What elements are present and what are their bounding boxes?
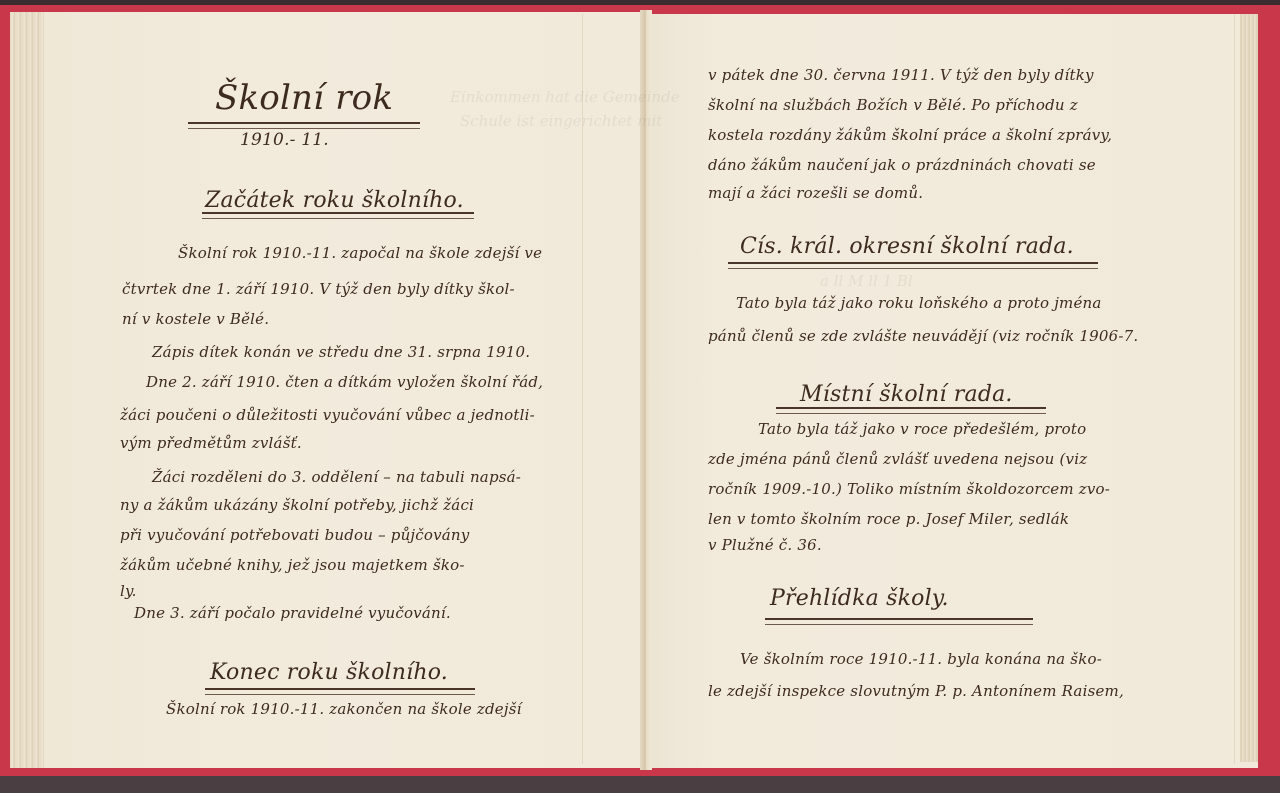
text-line: Ve školním roce 1910.-11. byla konána na…	[740, 650, 1102, 668]
bleed-through-text: Einkommen hat die Gemeinde	[450, 88, 680, 106]
heading-underline	[205, 688, 475, 695]
heading-underline	[776, 407, 1046, 414]
text-line: Žáci rozděleni do 3. oddělení – na tabul…	[152, 468, 521, 486]
text-line: školní na službách Božích v Bělé. Po pří…	[708, 96, 1078, 114]
heading-school-inspection: Přehlídka školy.	[770, 586, 949, 611]
text-line: Zápis dítek konán ve středu dne 31. srpn…	[152, 343, 530, 361]
text-line: Školní rok 1910.-11. započal na škole zd…	[178, 244, 542, 262]
heading-end-of-year: Konec roku školního.	[210, 660, 448, 685]
heading-underline	[728, 262, 1098, 269]
heading-district-school-board: Cís. král. okresní školní rada.	[740, 234, 1074, 259]
left-page-edges	[10, 12, 44, 768]
text-line: len v tomto školním roce p. Josef Miler,…	[708, 510, 1069, 528]
text-line: v Plužné č. 36.	[708, 536, 822, 554]
heading-underline	[765, 618, 1033, 625]
text-line: zde jména pánů členů zvlášť uvedena nejs…	[708, 450, 1087, 468]
background-strip	[0, 0, 1280, 5]
right-page-edges	[1240, 14, 1258, 762]
text-line: mají a žáci rozešli se domů.	[708, 184, 923, 202]
text-line: pánů členů se zde zvlášte neuvádějí (viz…	[708, 327, 1138, 345]
text-line: Dne 2. září 1910. čten a dítkám vyložen …	[146, 373, 543, 391]
text-line: v pátek dne 30. června 1911. V týž den b…	[708, 66, 1094, 84]
heading-start-of-year: Začátek roku školního.	[205, 188, 464, 213]
text-line: kostela rozdány žákům školní práce a ško…	[708, 126, 1112, 144]
text-line: čtvrtek dne 1. září 1910. V týž den byly…	[122, 280, 515, 298]
text-line: žáci poučeni o důležitosti vyučování vůb…	[120, 406, 535, 424]
title-underline	[188, 122, 420, 129]
text-line: vým předmětům zvlášť.	[120, 434, 302, 452]
text-line: ní v kostele v Bělé.	[122, 310, 269, 328]
text-line: ny a žákům ukázány školní potřeby, jichž…	[120, 496, 474, 514]
text-line: při vyučování potřebovati budou – půjčov…	[120, 526, 469, 544]
text-line: ročník 1909.-10.) Toliko místním školdoz…	[708, 480, 1110, 498]
heading-underline	[202, 212, 474, 219]
school-year: 1910.- 11.	[240, 130, 329, 150]
text-line: Tato byla táž jako v roce předešlém, pro…	[758, 420, 1086, 438]
text-line: žákům učebné knihy, jež jsou majetkem šk…	[120, 556, 465, 574]
bleed-through-text: Schule ist eingerichtet mit	[460, 112, 662, 130]
text-line: Školní rok 1910.-11. zakončen na škole z…	[166, 700, 522, 718]
page-title: Školní rok	[215, 78, 393, 118]
right-margin-rule	[1234, 14, 1235, 764]
text-line: Tato byla táž jako roku loňského a proto…	[736, 294, 1102, 312]
text-line: le zdejší inspekce slovutným P. p. Anton…	[708, 682, 1124, 700]
heading-local-school-board: Místní školní rada.	[800, 382, 1013, 407]
bleed-through-text: a ll M ll 1 Bl	[820, 272, 913, 290]
text-line: ly.	[120, 582, 137, 600]
text-line: Dne 3. září počalo pravidelné vyučování.	[134, 604, 451, 622]
text-line: dáno žákům naučení jak o prázdninách cho…	[708, 156, 1096, 174]
